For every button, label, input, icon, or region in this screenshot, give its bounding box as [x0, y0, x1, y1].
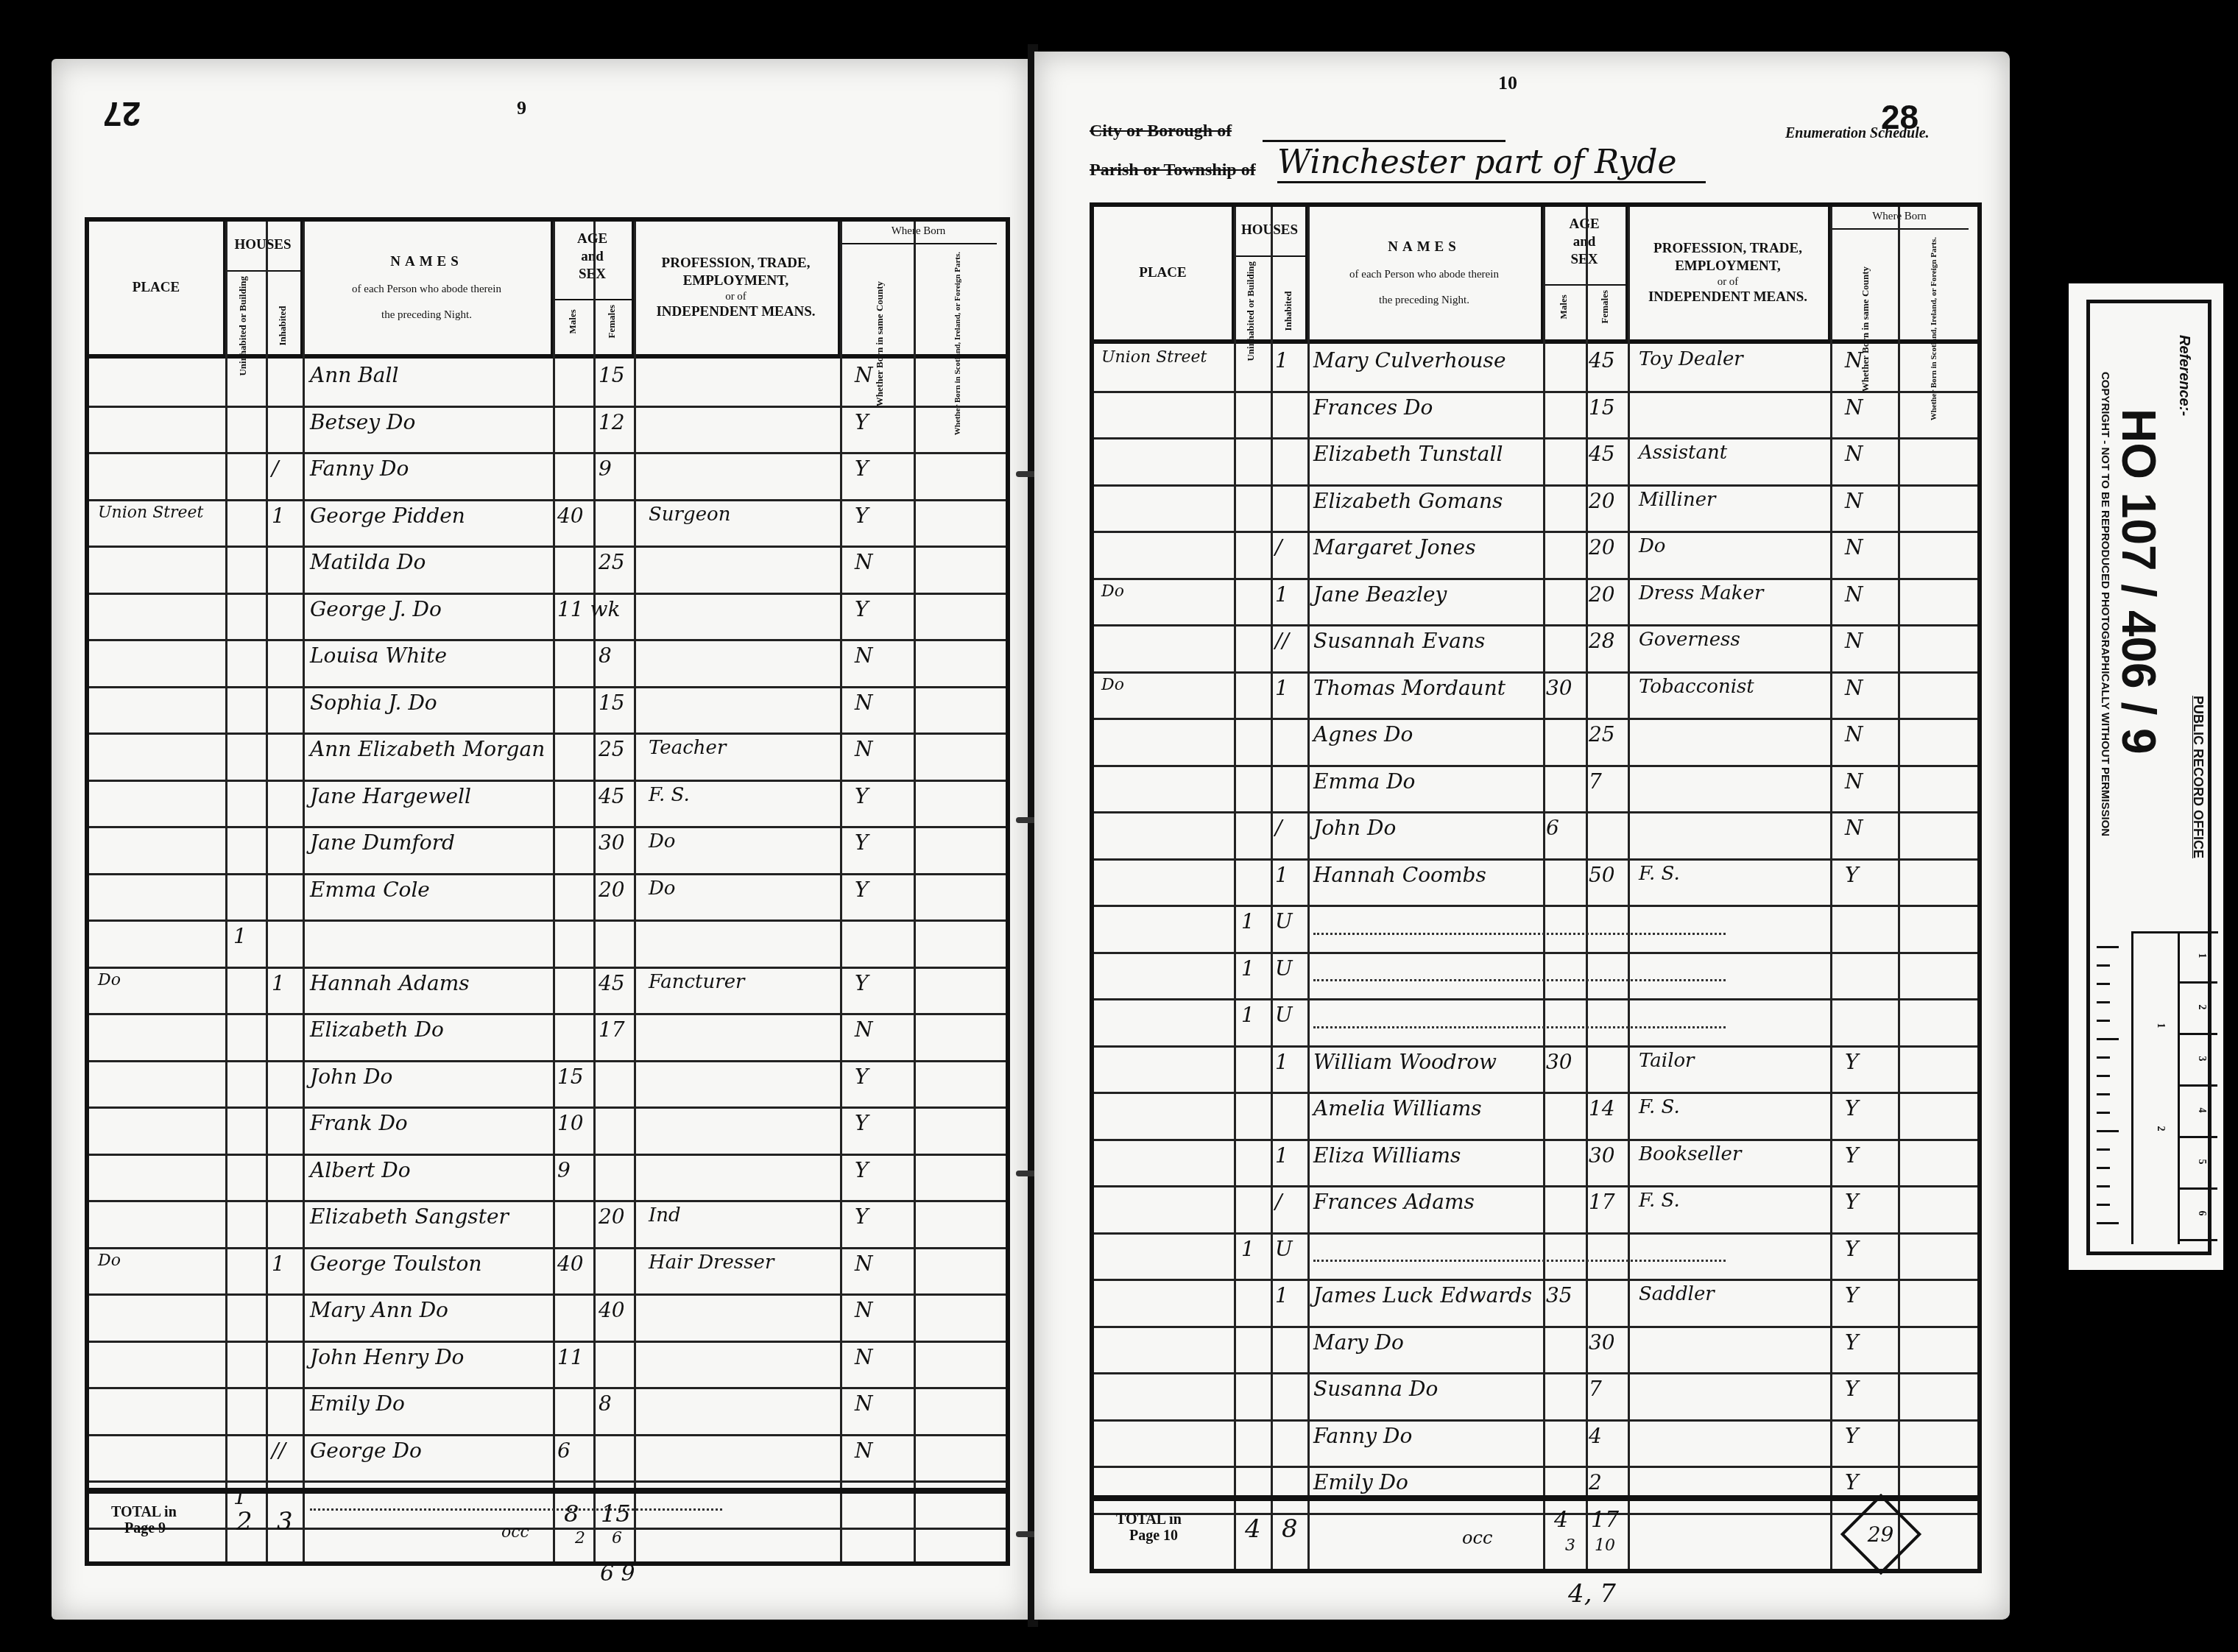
female-age-cell: 15 — [599, 363, 625, 387]
table-row: Louisa White8N — [89, 639, 1006, 688]
folio-stamp: 27 — [103, 94, 141, 134]
table-row: 1James Luck Edwards35SaddlerY — [1094, 1279, 1977, 1328]
ruler-divider — [2178, 931, 2180, 1244]
male-age-cell: 11 wk — [557, 597, 620, 621]
total-females-sub: 6 — [612, 1529, 622, 1547]
occupation-cell: Hair Dresser — [649, 1252, 774, 1274]
name-cell: Jane Hargewell — [310, 784, 471, 808]
name-cell: George Toulston — [310, 1252, 481, 1276]
inhabited-cell: U — [1275, 1237, 1293, 1261]
female-age-cell: 45 — [1589, 442, 1615, 466]
born-county-cell: Y — [1845, 1143, 1858, 1168]
born-county-cell: N — [1845, 348, 1863, 373]
copyright-notice: COPYRIGHT - NOT TO BE REPRODUCED PHOTOGR… — [2099, 372, 2111, 836]
table-row: /Margaret Jones20DoN — [1094, 531, 1977, 580]
male-age-cell: 11 — [557, 1345, 584, 1369]
occupation-cell: Surgeon — [649, 504, 730, 526]
name-cell: Emma Cole — [310, 878, 430, 902]
female-age-cell: 40 — [599, 1298, 625, 1322]
uninhabited-cell: 1 — [1241, 956, 1254, 981]
name-cell: Fanny Do — [1313, 1424, 1412, 1448]
table-row: Do1Thomas Mordaunt30TobacconistN — [1094, 671, 1977, 721]
name-cell: Frances Adams — [1313, 1190, 1475, 1214]
female-age-cell: 4 — [1589, 1424, 1602, 1448]
ruler-tick — [2097, 1112, 2110, 1114]
inhabited-cell: U — [1275, 909, 1293, 933]
total-row: TOTAL in Page 9 2 3 occ 8 2 15 6 — [89, 1488, 1006, 1561]
table-row: Union Street1George Pidden40SurgeonY — [89, 499, 1006, 548]
inhabited-cell: 1 — [1275, 863, 1288, 887]
female-age-cell: 25 — [599, 550, 625, 574]
inhabited-cell: / — [1275, 816, 1282, 840]
occupation-cell: F. S. — [1639, 863, 1680, 885]
born-county-cell: Y — [855, 1111, 868, 1135]
occupation-cell: Toy Dealer — [1639, 348, 1743, 370]
occupation-cell: Do — [649, 878, 676, 900]
name-cell: Elizabeth Do — [310, 1017, 444, 1042]
page-number: 10 — [1498, 72, 1517, 94]
ruler-tick — [2097, 946, 2119, 948]
male-age-cell: 40 — [557, 1252, 584, 1276]
female-age-cell: 20 — [599, 1204, 625, 1229]
born-county-cell: N — [855, 1345, 873, 1369]
enumeration-schedule-label: Enumeration Schedule. — [1785, 125, 1930, 142]
occupation-cell: Teacher — [649, 737, 726, 759]
female-age-cell: 45 — [599, 784, 625, 808]
table-row: Elizabeth Tunstall45AssistantN — [1094, 437, 1977, 487]
total-inhabited: 3 — [277, 1507, 293, 1536]
total-uninhabited: 2 — [236, 1507, 253, 1536]
ruler-cm-line — [2179, 1239, 2217, 1241]
table-row: Sophia J. Do15N — [89, 686, 1006, 735]
inhabited-cell: U — [1275, 1003, 1293, 1027]
name-cell: Amelia Williams — [1313, 1096, 1482, 1120]
name-cell: Hannah Coombs — [1313, 863, 1486, 887]
female-age-cell: 8 — [599, 643, 612, 668]
inhabited-cell: 1 — [1275, 1050, 1288, 1074]
table-row: Do1Hannah Adams45FancturerY — [89, 967, 1006, 1016]
name-cell: Elizabeth Tunstall — [1313, 442, 1503, 466]
table-row: Ann Ball15N — [89, 359, 1006, 408]
born-county-cell: Y — [1845, 863, 1858, 887]
male-age-cell: 30 — [1546, 676, 1572, 700]
born-county-cell: N — [1845, 489, 1863, 513]
col-header-names: NAMES of each Person who abode therein t… — [303, 222, 553, 354]
inhabited-cell: 1 — [1275, 582, 1288, 607]
table-row: George J. Do11 wkY — [89, 593, 1006, 642]
born-county-cell: Y — [1845, 1470, 1858, 1494]
page-number: 9 — [517, 97, 526, 119]
place-cell: Do — [98, 971, 121, 989]
born-county-cell: N — [1845, 629, 1863, 653]
unoccupied-house-mark — [1313, 1019, 1726, 1028]
ruler-cm-line — [2179, 1033, 2217, 1035]
name-cell: Jane Dumford — [310, 830, 455, 855]
name-cell: William Woodrow — [1313, 1050, 1497, 1074]
born-county-cell: N — [855, 1298, 873, 1322]
col-header-names: NAMES of each Person who abode therein t… — [1307, 207, 1543, 339]
table-row: Susanna Do7Y — [1094, 1372, 1977, 1422]
occupation-cell: F. S. — [1639, 1190, 1680, 1212]
folio-count-stamp: 29 — [1840, 1494, 1921, 1575]
born-county-cell: N — [1845, 676, 1863, 700]
name-cell: Frances Do — [1313, 395, 1433, 420]
ruler-tick — [2097, 1075, 2110, 1077]
name-cell: Thomas Mordaunt — [1313, 676, 1505, 700]
col-header-profession: PROFESSION, TRADE, EMPLOYMENT, or of IND… — [1628, 207, 1830, 339]
ruler-cm-line — [2179, 1136, 2217, 1138]
place-cell: Do — [1101, 676, 1124, 694]
occupation-cell: Do — [1639, 535, 1666, 557]
table-row: 1U — [1094, 998, 1977, 1048]
name-cell: Fanny Do — [310, 456, 409, 481]
female-age-cell: 7 — [1589, 769, 1602, 794]
born-county-cell: Y — [1845, 1424, 1858, 1448]
female-age-cell: 12 — [599, 410, 625, 434]
name-cell: Jane Beazley — [1313, 582, 1447, 607]
uninhabited-cell: 1 — [233, 924, 247, 948]
born-county-cell: Y — [1845, 1096, 1858, 1120]
inhabited-cell: U — [1275, 956, 1293, 981]
total-males: 8 — [564, 1500, 579, 1528]
name-cell: Louisa White — [310, 643, 447, 668]
female-age-cell: 30 — [599, 830, 625, 855]
female-age-cell: 15 — [599, 691, 625, 715]
name-cell: Emily Do — [310, 1391, 405, 1416]
born-county-cell: Y — [855, 410, 868, 434]
table-row: 1Eliza Williams30BooksellerY — [1094, 1139, 1977, 1188]
occupation-cell: Milliner — [1639, 489, 1715, 511]
born-county-cell: N — [1845, 535, 1863, 560]
table-row: Amelia Williams14F. S.Y — [1094, 1092, 1977, 1141]
place-cell: Do — [1101, 582, 1124, 601]
born-county-cell: N — [1845, 769, 1863, 794]
table-row: John Do15Y — [89, 1060, 1006, 1109]
table-row: Albert Do9Y — [89, 1154, 1006, 1203]
male-age-cell: 15 — [557, 1065, 584, 1089]
name-cell: Hannah Adams — [310, 971, 470, 995]
uninhabited-cell: 1 — [1241, 1237, 1254, 1261]
ruler-cm-label: 3 — [2195, 1056, 2207, 1062]
ruler-tick — [2097, 1130, 2119, 1132]
born-county-cell: Y — [855, 830, 868, 855]
born-county-cell: N — [855, 643, 873, 668]
table-row: //Susannah Evans28GovernessN — [1094, 624, 1977, 674]
ruler-tick — [2097, 1185, 2110, 1187]
total-females: 15 — [601, 1500, 631, 1528]
col-header-males: Males — [1558, 290, 1570, 323]
born-county-cell: Y — [1845, 1330, 1858, 1355]
name-cell: Ann Ball — [310, 363, 398, 387]
ruler-cm-line — [2179, 981, 2217, 984]
ruler-tick — [2097, 964, 2110, 967]
table-row: Emma Cole20DoY — [89, 873, 1006, 922]
col-header-place: PLACE — [1094, 207, 1234, 339]
inhabited-cell: / — [272, 456, 278, 481]
table-row: Mary Do30Y — [1094, 1326, 1977, 1375]
place-cell: Do — [98, 1252, 121, 1270]
born-county-cell: N — [855, 1439, 873, 1463]
ruler-tick — [2097, 1056, 2110, 1059]
ruler-inch-label: 1 — [2154, 1023, 2166, 1028]
total-occ-note: occ — [501, 1523, 529, 1542]
born-county-cell: Y — [1845, 1237, 1858, 1261]
born-county-cell: Y — [855, 1065, 868, 1089]
table-row: Emma Do7N — [1094, 765, 1977, 814]
name-cell: Mary Ann Do — [310, 1298, 448, 1322]
name-cell: Frank Do — [310, 1111, 408, 1135]
female-age-cell: 45 — [599, 971, 625, 995]
female-age-cell: 20 — [1589, 535, 1615, 560]
ruler-cm-line — [2179, 1187, 2217, 1190]
unoccupied-house-mark — [1313, 972, 1726, 981]
inhabited-cell: // — [1275, 629, 1289, 653]
female-age-cell: 17 — [1589, 1190, 1615, 1214]
born-county-cell: N — [855, 1391, 873, 1416]
inhabited-cell: / — [1275, 1190, 1282, 1214]
table-row: 1UY — [1094, 1232, 1977, 1282]
ruler-tick — [2097, 1167, 2110, 1169]
table-row: //George Do6N — [89, 1434, 1006, 1483]
born-county-cell: Y — [855, 456, 868, 481]
occupation-cell: Do — [649, 830, 676, 853]
male-age-cell: 6 — [557, 1439, 571, 1463]
born-county-cell: Y — [855, 784, 868, 808]
table-row: Elizabeth Do17N — [89, 1013, 1006, 1062]
table-row: Do1Jane Beazley20Dress MakerN — [1094, 578, 1977, 627]
total-label: TOTAL in Page 10 — [1116, 1511, 1182, 1544]
table-row: /John Do6N — [1094, 811, 1977, 861]
ruler-cm-label: 5 — [2195, 1159, 2207, 1165]
occupation-cell: Governess — [1639, 629, 1740, 651]
name-cell: George Pidden — [310, 504, 465, 528]
reference-card: Reference:- HO 107 / 406 / 9 PUBLIC RECO… — [2069, 283, 2223, 1270]
inhabited-cell: 1 — [1275, 676, 1288, 700]
ruler-tick — [2097, 983, 2110, 985]
occupation-cell: Tailor — [1639, 1050, 1695, 1072]
inhabited-cell: 1 — [1275, 348, 1288, 373]
born-county-cell: N — [855, 737, 873, 761]
col-header-where-born: Where Born Whether Born in same County W… — [840, 222, 997, 354]
male-age-cell: 40 — [557, 504, 584, 528]
reference-label: Reference:- — [2175, 335, 2192, 416]
name-cell: Matilda Do — [310, 550, 426, 574]
name-cell: Mary Culverhouse — [1313, 348, 1506, 373]
table-row: Ann Elizabeth Morgan25TeacherN — [89, 733, 1006, 782]
inhabited-cell: 1 — [1275, 1143, 1288, 1168]
name-cell: George Do — [310, 1439, 422, 1463]
female-age-cell: 30 — [1589, 1330, 1615, 1355]
name-cell: Margaret Jones — [1313, 535, 1476, 560]
table-row: /Frances Adams17F. S.Y — [1094, 1185, 1977, 1235]
ruler-tick — [2097, 1222, 2119, 1224]
col-header-profession: PROFESSION, TRADE, EMPLOYMENT, or of IND… — [634, 222, 840, 354]
occupation-cell: Bookseller — [1639, 1143, 1741, 1165]
name-cell: Eliza Williams — [1313, 1143, 1461, 1168]
occupation-cell: Dress Maker — [1639, 582, 1763, 604]
male-age-cell: 9 — [557, 1158, 571, 1182]
born-county-cell: Y — [855, 1158, 868, 1182]
page-total-note: 6 9 — [600, 1561, 635, 1586]
inhabited-cell: 1 — [272, 504, 285, 528]
ruler-tick — [2097, 1038, 2119, 1040]
col-header-houses: HOUSES Uninhabited or Building Inhabited — [225, 222, 303, 354]
census-table: PLACE HOUSES Uninhabited or Building Inh… — [1090, 202, 1982, 1573]
unoccupied-house-mark — [1313, 925, 1726, 935]
col-header-place: PLACE — [89, 222, 225, 354]
name-cell: John Do — [310, 1065, 392, 1089]
ruler-cm-label: 1 — [2195, 953, 2207, 959]
uninhabited-cell: 1 — [1241, 909, 1254, 933]
born-county-cell: N — [1845, 582, 1863, 607]
table-row: /Fanny Do9Y — [89, 452, 1006, 501]
born-county-cell: Y — [1845, 1283, 1858, 1307]
inhabited-cell: 1 — [1275, 1283, 1288, 1307]
ruler-inch-label: 2 — [2154, 1126, 2166, 1132]
table-row: Matilda Do25N — [89, 546, 1006, 595]
male-age-cell: 30 — [1546, 1050, 1572, 1074]
name-cell: John Do — [1313, 816, 1396, 840]
male-age-cell: 6 — [1546, 816, 1559, 840]
table-row: Frances Do15N — [1094, 391, 1977, 440]
name-cell: Emma Do — [1313, 769, 1415, 794]
ruler-divider — [2131, 931, 2133, 1244]
born-county-cell: Y — [855, 971, 868, 995]
female-age-cell: 50 — [1589, 863, 1615, 887]
table-row: Jane Hargewell45F. S.Y — [89, 780, 1006, 829]
total-label: TOTAL in Page 9 — [111, 1504, 177, 1536]
place-cell: Union Street — [1101, 348, 1207, 367]
born-county-cell: N — [855, 691, 873, 715]
ruler-cm-line — [2179, 1084, 2217, 1087]
born-county-cell: Y — [855, 504, 868, 528]
female-age-cell: 14 — [1589, 1096, 1615, 1120]
ruler-tick — [2097, 1148, 2110, 1151]
inhabited-cell: 1 — [272, 1252, 285, 1276]
table-row: Elizabeth Gomans20MillinerN — [1094, 484, 1977, 534]
born-county-cell: Y — [1845, 1190, 1858, 1214]
ruler-top — [2133, 931, 2218, 933]
page-total-note: 4, 7 — [1568, 1579, 1616, 1609]
table-row: 1Hannah Coombs50F. S.Y — [1094, 858, 1977, 908]
col-header-females: Females — [1599, 290, 1611, 323]
female-age-cell: 8 — [599, 1391, 612, 1416]
col-header-males: Males — [567, 305, 579, 338]
ruler-cm-label: 4 — [2195, 1108, 2207, 1113]
female-age-cell: 20 — [1589, 582, 1615, 607]
inhabited-cell: // — [272, 1439, 286, 1463]
name-cell: Albert Do — [310, 1158, 411, 1182]
table-row: 1U — [1094, 905, 1977, 954]
occupation-cell: Ind — [649, 1204, 681, 1226]
total-males-sub: 3 — [1565, 1536, 1575, 1555]
total-females-sub: 10 — [1595, 1536, 1615, 1555]
name-cell: Susannah Evans — [1313, 629, 1485, 653]
ruler-tick — [2097, 1001, 2110, 1003]
inhabited-cell: 1 — [272, 971, 285, 995]
name-cell: Elizabeth Sangster — [310, 1204, 509, 1229]
female-age-cell: 2 — [1589, 1470, 1602, 1494]
total-uninhabited: 4 — [1245, 1514, 1261, 1544]
occupation-cell: Assistant — [1639, 442, 1727, 464]
right-page: 10 28 Enumeration Schedule. City or Boro… — [1034, 52, 2010, 1620]
name-cell: Emily Do — [1313, 1470, 1408, 1494]
parish-label: Parish or Township of — [1090, 160, 1256, 180]
city-borough-label: City or Borough of — [1090, 121, 1232, 141]
total-females: 17 — [1591, 1507, 1619, 1533]
name-cell: Ann Elizabeth Morgan — [310, 737, 545, 761]
female-age-cell: 20 — [599, 878, 625, 902]
name-cell: Sophia J. Do — [310, 691, 437, 715]
born-county-cell: N — [855, 1252, 873, 1276]
table-row: 1U — [1094, 952, 1977, 1001]
name-cell: Agnes Do — [1313, 722, 1413, 746]
table-row: Jane Dumford30DoY — [89, 826, 1006, 875]
table-row: Elizabeth Sangster20IndY — [89, 1200, 1006, 1249]
parish-value: Winchester part of Ryde — [1277, 144, 1706, 183]
total-inhabited: 8 — [1282, 1514, 1298, 1544]
name-cell: Mary Do — [1313, 1330, 1404, 1355]
total-males-sub: 2 — [575, 1529, 585, 1547]
born-county-cell: N — [855, 363, 873, 387]
table-row: 1William Woodrow30TailorY — [1094, 1045, 1977, 1095]
name-cell: Elizabeth Gomans — [1313, 489, 1503, 513]
col-header-females: Females — [606, 305, 618, 338]
born-county-cell: Y — [855, 1204, 868, 1229]
born-county-cell: N — [855, 550, 873, 574]
table-row: 1 — [89, 919, 1006, 969]
born-county-cell: N — [1845, 722, 1863, 746]
female-age-cell: 15 — [1589, 395, 1615, 420]
occupation-cell: F. S. — [1639, 1096, 1680, 1118]
ruler-cm-label: 6 — [2195, 1211, 2207, 1216]
born-county-cell: N — [1845, 442, 1863, 466]
public-record-office-label: PUBLIC RECORD OFFICE — [2190, 696, 2206, 858]
table-row: Mary Ann Do40N — [89, 1293, 1006, 1343]
born-county-cell: N — [855, 1017, 873, 1042]
table-row: Betsey Do12Y — [89, 406, 1006, 455]
ruler-tick — [2097, 1093, 2110, 1095]
female-age-cell: 7 — [1589, 1377, 1602, 1401]
table-row: Union Street1Mary Culverhouse45Toy Deale… — [1094, 344, 1977, 393]
inhabited-cell: / — [1275, 535, 1282, 560]
name-cell: Susanna Do — [1313, 1377, 1438, 1401]
census-table: PLACE HOUSES Uninhabited or Building Inh… — [85, 217, 1010, 1566]
ruler-tick — [2097, 1204, 2110, 1206]
born-county-cell: Y — [855, 597, 868, 621]
table-row: Fanny Do4Y — [1094, 1419, 1977, 1469]
born-county-cell: Y — [1845, 1050, 1858, 1074]
ruler-cm-label: 2 — [2195, 1005, 2207, 1010]
table-row: Agnes Do25N — [1094, 718, 1977, 767]
occupation-cell: Fancturer — [649, 971, 745, 993]
occupation-cell: F. S. — [649, 784, 690, 806]
table-row: Do1George Toulston40Hair DresserN — [89, 1247, 1006, 1296]
female-age-cell: 17 — [599, 1017, 625, 1042]
female-age-cell: 30 — [1589, 1143, 1615, 1168]
female-age-cell: 28 — [1589, 629, 1615, 653]
total-row: TOTAL in Page 10 4 8 occ 4 3 17 10 29 — [1094, 1495, 1977, 1569]
left-page: 27 9 PLACE HOUSES Uninhabited or Buildin… — [52, 59, 1031, 1620]
female-age-cell: 45 — [1589, 348, 1615, 373]
table-row: Frank Do10Y — [89, 1106, 1006, 1156]
born-county-cell: Y — [855, 878, 868, 902]
born-county-cell: N — [1845, 816, 1863, 840]
name-cell: John Henry Do — [310, 1345, 464, 1369]
total-males: 4 — [1554, 1507, 1568, 1533]
reference-code: HO 107 / 406 / 9 — [2111, 409, 2166, 755]
city-borough-line — [1263, 140, 1505, 142]
